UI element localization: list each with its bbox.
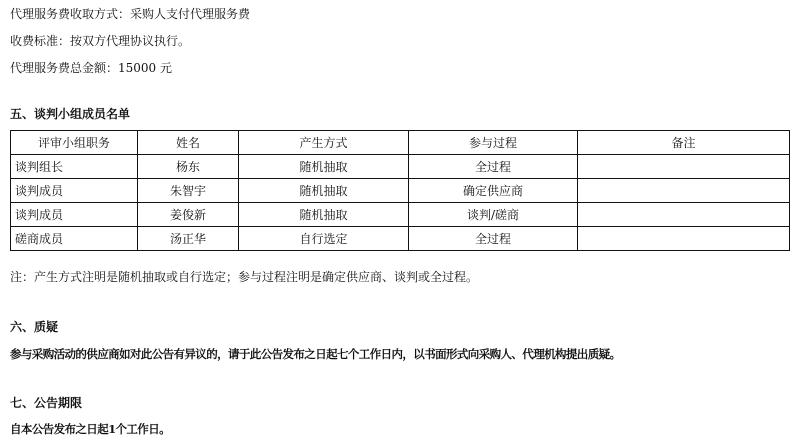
fee-total-text: 代理服务费总金额：15000 元 xyxy=(10,60,172,76)
table-row: 谈判成员 朱智宇 随机抽取 确定供应商 xyxy=(11,179,790,203)
cell-participation: 谈判/磋商 xyxy=(409,203,578,227)
cell-selection-method: 随机抽取 xyxy=(239,155,409,179)
fee-method-text: 代理服务费收取方式：采购人支付代理服务费 xyxy=(10,6,250,22)
column-header-selection-method: 产生方式 xyxy=(239,131,409,155)
cell-role: 谈判成员 xyxy=(11,203,138,227)
table-row: 磋商成员 汤正华 自行选定 全过程 xyxy=(11,227,790,251)
cell-name: 姜俊新 xyxy=(138,203,239,227)
cell-selection-method: 随机抽取 xyxy=(239,203,409,227)
cell-role: 谈判成员 xyxy=(11,179,138,203)
cell-participation: 全过程 xyxy=(409,155,578,179)
section-6-heading: 六、质疑 xyxy=(10,319,58,335)
section-7-body: 自本公告发布之日起1个工作日。 xyxy=(10,421,170,437)
cell-remarks xyxy=(578,203,790,227)
negotiation-members-table: 评审小组职务 姓名 产生方式 参与过程 备注 谈判组长 杨东 随机抽取 全过程 … xyxy=(10,130,790,251)
cell-name: 汤正华 xyxy=(138,227,239,251)
cell-remarks xyxy=(578,179,790,203)
section-5-heading: 五、谈判小组成员名单 xyxy=(10,106,130,122)
cell-selection-method: 自行选定 xyxy=(239,227,409,251)
section-7-heading: 七、公告期限 xyxy=(10,395,82,411)
column-header-participation: 参与过程 xyxy=(409,131,578,155)
table-row: 谈判成员 姜俊新 随机抽取 谈判/磋商 xyxy=(11,203,790,227)
cell-name: 杨东 xyxy=(138,155,239,179)
column-header-remarks: 备注 xyxy=(578,131,790,155)
section-6-body: 参与采购活动的供应商如对此公告有异议的，请于此公告发布之日起七个工作日内，以书面… xyxy=(10,346,620,362)
cell-name: 朱智宇 xyxy=(138,179,239,203)
table-footnote: 注：产生方式注明是随机抽取或自行选定；参与过程注明是确定供应商、谈判或全过程。 xyxy=(10,269,478,285)
cell-selection-method: 随机抽取 xyxy=(239,179,409,203)
column-header-name: 姓名 xyxy=(138,131,239,155)
column-header-role: 评审小组职务 xyxy=(11,131,138,155)
cell-remarks xyxy=(578,155,790,179)
cell-remarks xyxy=(578,227,790,251)
table-header-row: 评审小组职务 姓名 产生方式 参与过程 备注 xyxy=(11,131,790,155)
table-row: 谈判组长 杨东 随机抽取 全过程 xyxy=(11,155,790,179)
cell-role: 谈判组长 xyxy=(11,155,138,179)
cell-role: 磋商成员 xyxy=(11,227,138,251)
cell-participation: 确定供应商 xyxy=(409,179,578,203)
cell-participation: 全过程 xyxy=(409,227,578,251)
fee-standard-text: 收费标准：按双方代理协议执行。 xyxy=(10,33,190,49)
